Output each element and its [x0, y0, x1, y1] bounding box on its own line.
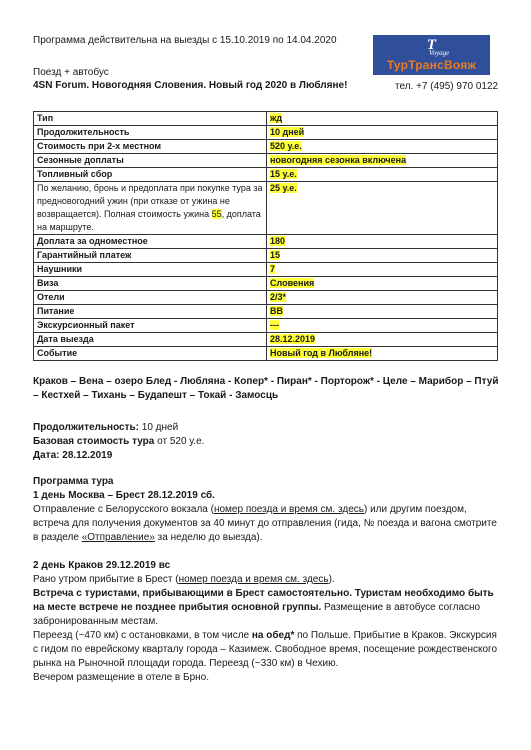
departure-section-link[interactable]: «Отправление»: [82, 532, 155, 543]
row-key: Гарантийный платеж: [34, 249, 267, 263]
day-2-transfer: Переезд (~470 км) с остановками, в том ч…: [33, 629, 503, 671]
day-2-title: 2 день Краков 29.12.2019 вс: [33, 559, 503, 573]
row-key: Отели: [34, 291, 267, 305]
table-row: Сезонные доплатыновогодняя сезонка включ…: [34, 154, 498, 168]
table-row: Отели2/3*: [34, 291, 498, 305]
day-2-arrival: Рано утром прибытие в Брест (номер поезд…: [33, 573, 503, 587]
table-row: СобытиеНовый год в Любляне!: [34, 347, 498, 361]
summary-date: Дата: 28.12.2019: [33, 449, 503, 463]
day-2-meeting: Встреча с туристами, прибывающими в Брес…: [33, 587, 503, 629]
program-heading: Программа тура: [33, 475, 503, 489]
day-2-section: 2 день Краков 29.12.2019 вс Рано утром п…: [33, 559, 503, 685]
table-row: ВизаСловения: [34, 277, 498, 291]
row-value: ---: [267, 319, 498, 333]
row-value: 10 дней: [267, 126, 498, 140]
train-info-link[interactable]: номер поезда и время см. здесь: [214, 504, 364, 515]
day-2-evening: Вечером размещение в отеле в Брно.: [33, 671, 503, 685]
row-key: Экскурсионный пакет: [34, 319, 267, 333]
row-value: новогодняя сезонка включена: [267, 154, 498, 168]
tour-summary: Продолжительность: 10 дней Базовая стоим…: [33, 421, 503, 463]
table-row: Доплата за одноместное180: [34, 235, 498, 249]
table-row: Продолжительность10 дней: [34, 126, 498, 140]
validity-text: Программа действительна на выезды с 15.1…: [33, 35, 337, 46]
row-key: Виза: [34, 277, 267, 291]
row-value: Новый год в Любляне!: [267, 347, 498, 361]
day-1-text: Отправление с Белорусского вокзала (номе…: [33, 503, 503, 545]
row-key: Наушники: [34, 263, 267, 277]
row-value: 520 у.е.: [267, 140, 498, 154]
table-row: ПитаниеBB: [34, 305, 498, 319]
table-row: Топливный сбор15 у.е.: [34, 168, 498, 182]
row-value: 15: [267, 249, 498, 263]
row-key: По желанию, бронь и предоплата при покуп…: [34, 182, 267, 235]
route-list: Краков – Вена – озеро Блед - Любляна - К…: [33, 375, 503, 403]
row-key: Стоимость при 2-х местном: [34, 140, 267, 154]
row-value: BB: [267, 305, 498, 319]
table-row: Стоимость при 2-х местном520 у.е.: [34, 140, 498, 154]
phone-number: тел. +7 (495) 970 0122: [395, 81, 498, 92]
row-value: 7: [267, 263, 498, 277]
row-key: Дата выезда: [34, 333, 267, 347]
table-row: Гарантийный платеж15: [34, 249, 498, 263]
row-key: Событие: [34, 347, 267, 361]
row-value: 180: [267, 235, 498, 249]
table-row: Типжд: [34, 112, 498, 126]
summary-duration: Продолжительность: 10 дней: [33, 421, 503, 435]
table-row: Дата выезда28.12.2019: [34, 333, 498, 347]
row-value: 25 у.е.: [267, 182, 498, 235]
row-key: Продолжительность: [34, 126, 267, 140]
tour-title: 4SN Forum. Новогодняя Словения. Новый го…: [33, 80, 347, 91]
table-row: Наушники7: [34, 263, 498, 277]
row-value: Словения: [267, 277, 498, 291]
train-info-link-2[interactable]: номер поезда и время см. здесь: [179, 574, 329, 585]
row-value: 28.12.2019: [267, 333, 498, 347]
logo-brand: ТурТрансВояж: [373, 58, 490, 72]
day-1-section: 1 день Москва – Брест 28.12.2019 сб. Отп…: [33, 489, 503, 545]
tour-info-table: ТипждПродолжительность10 днейСтоимость п…: [33, 111, 498, 361]
transport-type: Поезд + автобус: [33, 67, 109, 78]
day-1-title: 1 день Москва – Брест 28.12.2019 сб.: [33, 489, 503, 503]
row-value: 15 у.е.: [267, 168, 498, 182]
logo-sub: Voyage: [429, 49, 449, 57]
row-key: Питание: [34, 305, 267, 319]
summary-price: Базовая стоимость тура от 520 у.е.: [33, 435, 503, 449]
row-key: Тип: [34, 112, 267, 126]
row-value: 2/3*: [267, 291, 498, 305]
table-row: По желанию, бронь и предоплата при покуп…: [34, 182, 498, 235]
company-logo: T Voyage ТурТрансВояж: [373, 35, 490, 75]
row-key: Сезонные доплаты: [34, 154, 267, 168]
row-key: Топливный сбор: [34, 168, 267, 182]
dinner-price-highlight: 55: [212, 209, 222, 219]
table-row: Экскурсионный пакет---: [34, 319, 498, 333]
row-value: жд: [267, 112, 498, 126]
row-key: Доплата за одноместное: [34, 235, 267, 249]
